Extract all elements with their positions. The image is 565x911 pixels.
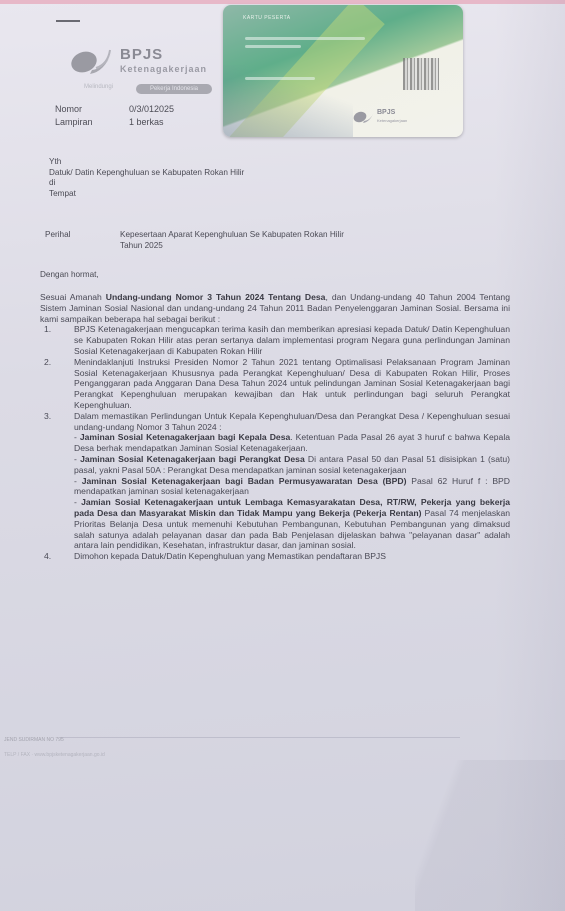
tagline-badge: Pekerja Indonesia xyxy=(136,84,212,94)
list-item: 4. Dimohon kepada Datuk/Datin Kepenghulu… xyxy=(40,551,510,562)
subject-block: Perihal Kepesertaan Aparat Kepenghuluan … xyxy=(45,230,344,251)
item-text: Menindaklanjuti Instruksi Presiden Nomor… xyxy=(74,357,510,411)
logo-subtitle: Ketenagakerjaan xyxy=(120,64,207,74)
card-overlay xyxy=(223,65,353,137)
card-text-line xyxy=(245,45,301,48)
recipient-address: Yth Datuk/ Datin Kepenghuluan se Kabupat… xyxy=(49,157,244,199)
list-item: 2. Menindaklanjuti Instruksi Presiden No… xyxy=(40,357,510,411)
top-band xyxy=(0,0,565,4)
sub-item: - Jaminan Sosial Ketenagakerjaan bagi Pe… xyxy=(74,454,510,476)
intro-paragraph: Sesuai Amanah Undang-undang Nomor 3 Tahu… xyxy=(40,292,510,324)
nomor-label: Nomor xyxy=(55,103,129,116)
logo-title: BPJS xyxy=(120,46,163,63)
lampiran-label: Lampiran xyxy=(55,116,129,129)
subject-value: Kepesertaan Aparat Kepenghuluan Se Kabup… xyxy=(120,230,344,241)
footer-divider xyxy=(60,737,460,738)
address-line: di xyxy=(49,178,244,189)
list-item: 3. Dalam memastikan Perlindungan Untuk K… xyxy=(40,411,510,551)
bpjs-swoosh-icon xyxy=(70,48,114,76)
subject-value: Tahun 2025 xyxy=(120,241,344,252)
membership-card: KARTU PESERTA BPJS Ketenagakerjaan xyxy=(223,5,463,137)
qr-code-icon xyxy=(403,58,439,90)
letter-page: BPJS Ketenagakerjaan Melindungi Pekerja … xyxy=(0,0,565,911)
card-logo: BPJS Ketenagakerjaan xyxy=(353,109,443,127)
letter-meta: Nomor 0/3/012025 Lampiran 1 berkas xyxy=(55,103,174,129)
item-number: 2. xyxy=(40,357,74,411)
header-dash xyxy=(56,20,80,22)
card-text-line xyxy=(245,37,365,40)
card-header: KARTU PESERTA xyxy=(243,15,291,21)
item-text: Dalam memastikan Perlindungan Untuk Kepa… xyxy=(74,411,510,433)
list-item: 1. BPJS Ketenagakerjaan mengucapkan teri… xyxy=(40,324,510,356)
address-line: Tempat xyxy=(49,189,244,200)
lampiran-value: 1 berkas xyxy=(129,116,164,129)
card-logo-subtitle: Ketenagakerjaan xyxy=(377,118,407,123)
card-text-line xyxy=(245,77,315,80)
subject-label: Perihal xyxy=(45,230,120,251)
sub-item: - Jaminan Sosial Ketenagakerjaan bagi Ba… xyxy=(74,476,510,498)
item-number: 3. xyxy=(40,411,74,551)
footer-contact: TELP / FAX · www.bpjsketenagakerjaan.go.… xyxy=(4,752,105,758)
item-text: Dimohon kepada Datuk/Datin Kepenghuluan … xyxy=(74,551,510,562)
sub-item: - Jaminan Sosial Ketenagakerjaan bagi Ke… xyxy=(74,432,510,454)
address-line: Datuk/ Datin Kepenghuluan se Kabupaten R… xyxy=(49,168,244,179)
item-number: 4. xyxy=(40,551,74,562)
address-line: Yth xyxy=(49,157,244,168)
item-number: 1. xyxy=(40,324,74,356)
letter-body: Sesuai Amanah Undang-undang Nomor 3 Tahu… xyxy=(40,292,510,562)
badge-label: Melindungi xyxy=(84,84,113,90)
nomor-value: 0/3/012025 xyxy=(129,103,174,116)
card-logo-title: BPJS xyxy=(377,109,395,116)
bpjs-swoosh-icon xyxy=(353,109,375,125)
greeting: Dengan hormat, xyxy=(40,270,99,281)
footer-address: JEND SUDIRMAN NO 795 xyxy=(4,737,64,743)
paper-fold-shadow xyxy=(415,760,565,911)
item-text: BPJS Ketenagakerjaan mengucapkan terima … xyxy=(74,324,510,356)
sub-item: - Jamian Sosial Ketenagakerjaan untuk Le… xyxy=(74,497,510,551)
